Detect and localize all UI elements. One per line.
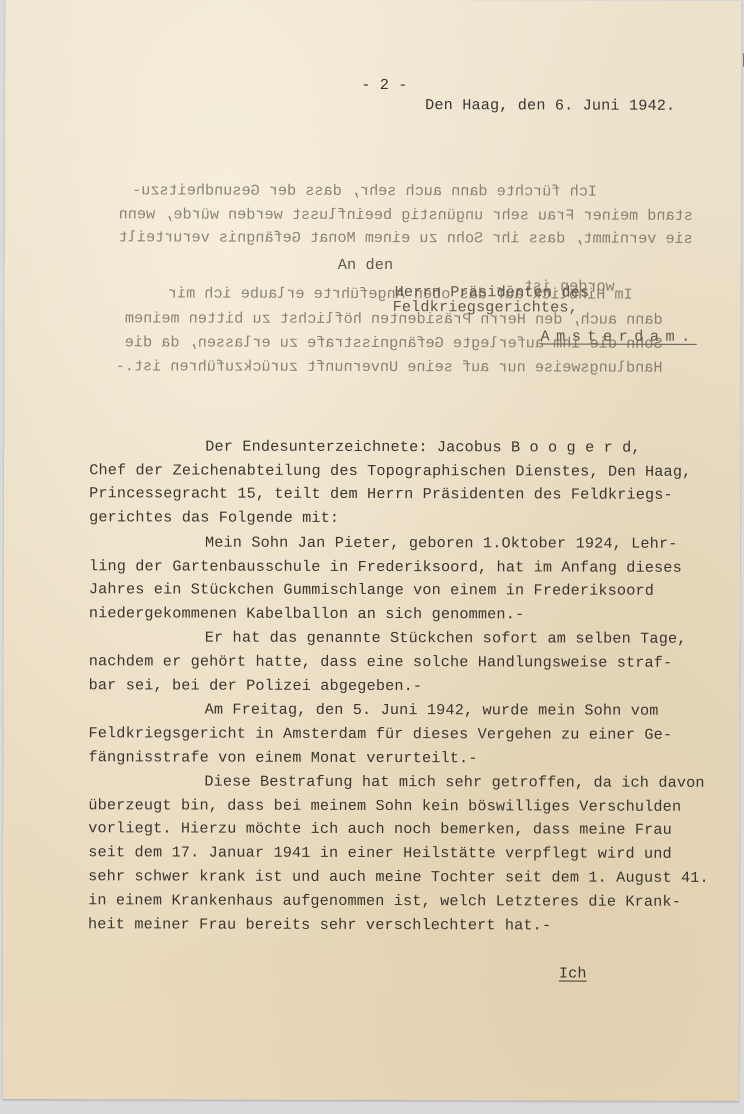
body-line: fängnisstrafe von einem Monat verurteilt… bbox=[88, 750, 477, 766]
body-line: niedergekommenen Kabelballon an sich gen… bbox=[89, 606, 524, 622]
body-line: nachdem er gehört hatte, dass eine solch… bbox=[89, 654, 673, 671]
body-line: ling der Gartenbausschule in Frederiksoo… bbox=[89, 559, 682, 576]
body-line: Mein Sohn Jan Pieter, geboren 1.Oktober … bbox=[205, 536, 678, 552]
page-number: - 2 - bbox=[361, 78, 407, 93]
body-line: in einem Krankenhaus aufgenommen ist, we… bbox=[88, 893, 681, 910]
continuation-word: Ich bbox=[559, 966, 587, 981]
body-line: Er hat das genannte Stückchen sofort am … bbox=[205, 631, 687, 647]
body-line: bar sei, bei der Polizei abgegeben.- bbox=[89, 678, 423, 694]
address-line-2: Feldkriegsgerichtes, bbox=[393, 300, 578, 316]
body-line: Chef der Zeichenabteilung des Topographi… bbox=[89, 463, 691, 480]
body-line: Diese Bestrafung hat mich sehr getroffen… bbox=[204, 775, 704, 792]
body-line: gerichtes das Folgende mit: bbox=[89, 510, 339, 526]
body-line: Jahres ein Stückchen Gummischlange von e… bbox=[89, 582, 654, 599]
address-salutation: An den bbox=[338, 258, 394, 273]
bleed-through-line: Ich fürchte dann auch sehr, dass der Ges… bbox=[37, 183, 597, 200]
bleed-through-line: Handlungsweise nur auf seine Unvernunft … bbox=[62, 359, 662, 376]
body-line: Princessegracht 15, teilt dem Herrn Präs… bbox=[89, 486, 673, 503]
body-line: überzeugt bin, dass bei meinem Sohn kein… bbox=[88, 798, 681, 815]
bleed-through-line: sie vernimmt, dass ihr Sohn zu einem Mon… bbox=[33, 230, 693, 247]
body-line: vorliegt. Hierzu möchte ich auch noch be… bbox=[88, 821, 672, 838]
date-line: Den Haag, den 6. Juni 1942. bbox=[425, 98, 675, 114]
bleed-through-line: stand meiner Frau sehr ungünstig beeinfl… bbox=[33, 207, 693, 224]
typewritten-letter-page: Ich fürchte dann auch sehr, dass der Ges… bbox=[3, 0, 742, 1101]
body-line: Der Endesunterzeichnete: Jacobus B o o g… bbox=[205, 440, 640, 456]
body-line: sehr schwer krank ist und auch meine Toc… bbox=[88, 869, 709, 886]
body-line: seit dem 17. Januar 1941 in einer Heilst… bbox=[88, 845, 672, 862]
body-line: Am Freitag, den 5. Juni 1942, wurde mein… bbox=[205, 703, 659, 719]
body-line: heit meiner Frau bereits sehr verschlech… bbox=[88, 917, 551, 933]
body-line: Feldkriegsgericht in Amsterdam für diese… bbox=[88, 726, 672, 743]
address-city: Amsterdam. bbox=[541, 329, 697, 345]
